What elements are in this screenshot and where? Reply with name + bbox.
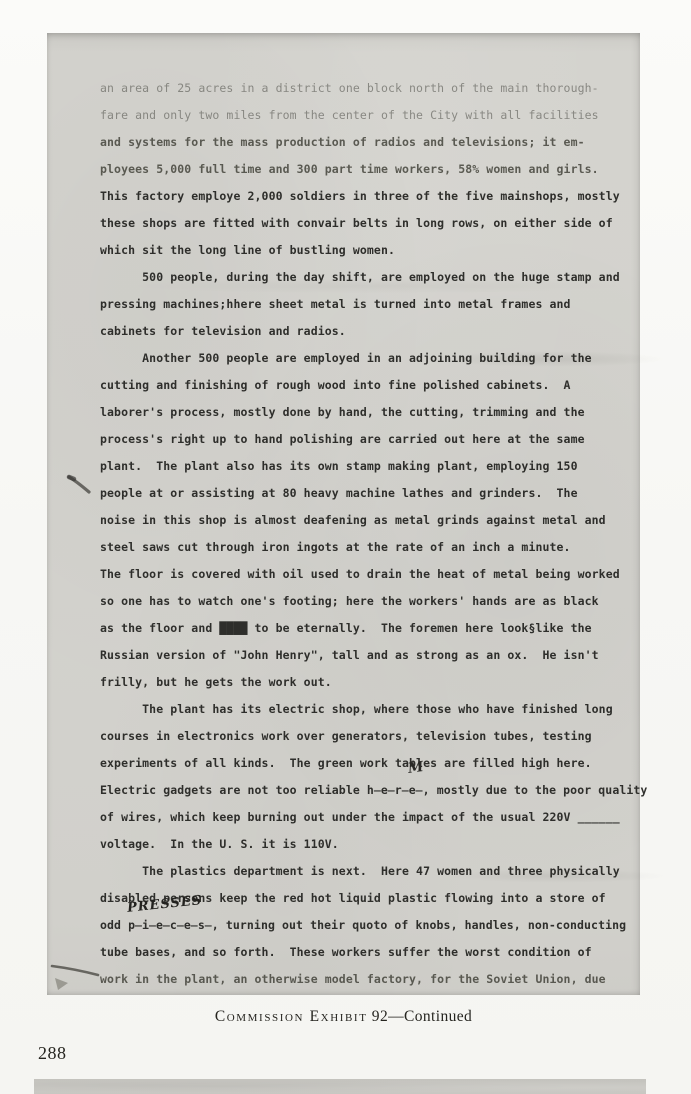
typed-line: which sit the long line of bustling wome… [100, 237, 630, 264]
typed-line: tube bases, and so forth. These workers … [100, 939, 630, 966]
typed-line: plant. The plant also has its own stamp … [100, 453, 630, 480]
typed-line: so one has to watch one's footing; here … [100, 588, 630, 615]
typed-line: laborer's process, mostly done by hand, … [100, 399, 630, 426]
typed-line: ployees 5,000 full time and 300 part tim… [100, 156, 630, 183]
typed-line: courses in electronics work over generat… [100, 723, 630, 750]
typed-line: pressing machines;hhere sheet metal is t… [100, 291, 630, 318]
typed-line: Electric gadgets are not too reliable h̶… [100, 777, 630, 804]
scanned-typewritten-sheet: an area of 25 acres in a district one bl… [47, 33, 640, 995]
typed-line: experiments of all kinds. The green work… [100, 750, 630, 777]
typed-line: 500 people, during the day shift, are em… [100, 264, 630, 291]
typed-line: fare and only two miles from the center … [100, 102, 630, 129]
typed-line: process's right up to hand polishing are… [100, 426, 630, 453]
typed-line: an area of 25 acres in a district one bl… [100, 75, 630, 102]
typed-line: and systems for the mass production of r… [100, 129, 630, 156]
typed-line: The plastics department is next. Here 47… [100, 858, 630, 885]
typed-line: odd p̶i̶e̶c̶e̶s̶, turning out their quot… [100, 912, 630, 939]
typed-line: these shops are fitted with convair belt… [100, 210, 630, 237]
typed-line: of wires, which keep burning out under t… [100, 804, 630, 831]
typed-line: noise in this shop is almost deafening a… [100, 507, 630, 534]
typed-text-block: an area of 25 acres in a district one bl… [100, 75, 630, 993]
typed-line: voltage. In the U. S. it is 110V. [100, 831, 630, 858]
handwritten-overwrite-m: M [407, 759, 425, 777]
exhibit-caption-rest: 92—Continued [368, 1008, 473, 1025]
typed-line: cabinets for television and radios. [100, 318, 630, 345]
page-number: 288 [38, 1043, 67, 1064]
exhibit-caption-smallcaps: Commission Exhibit [215, 1008, 368, 1025]
typed-line: frilly, but he gets the work out. [100, 669, 630, 696]
scanned-document-page: { "scan": { "caption_smallcaps": "Commis… [0, 0, 691, 1094]
typed-line: Another 500 people are employed in an ad… [100, 345, 630, 372]
typed-line: as the floor and ████ to be eternally. T… [100, 615, 630, 642]
exhibit-caption: Commission Exhibit 92—Continued [47, 1008, 640, 1026]
next-page-edge [34, 1079, 646, 1094]
typed-line: cutting and finishing of rough wood into… [100, 372, 630, 399]
typed-line: Russian version of "John Henry", tall an… [100, 642, 630, 669]
typed-line: people at or assisting at 80 heavy machi… [100, 480, 630, 507]
typed-line: work in the plant, an otherwise model fa… [100, 966, 630, 993]
typed-line: The plant has its electric shop, where t… [100, 696, 630, 723]
typed-line: This factory employe 2,000 soldiers in t… [100, 183, 630, 210]
typed-line: The floor is covered with oil used to dr… [100, 561, 630, 588]
typed-line: steel saws cut through iron ingots at th… [100, 534, 630, 561]
